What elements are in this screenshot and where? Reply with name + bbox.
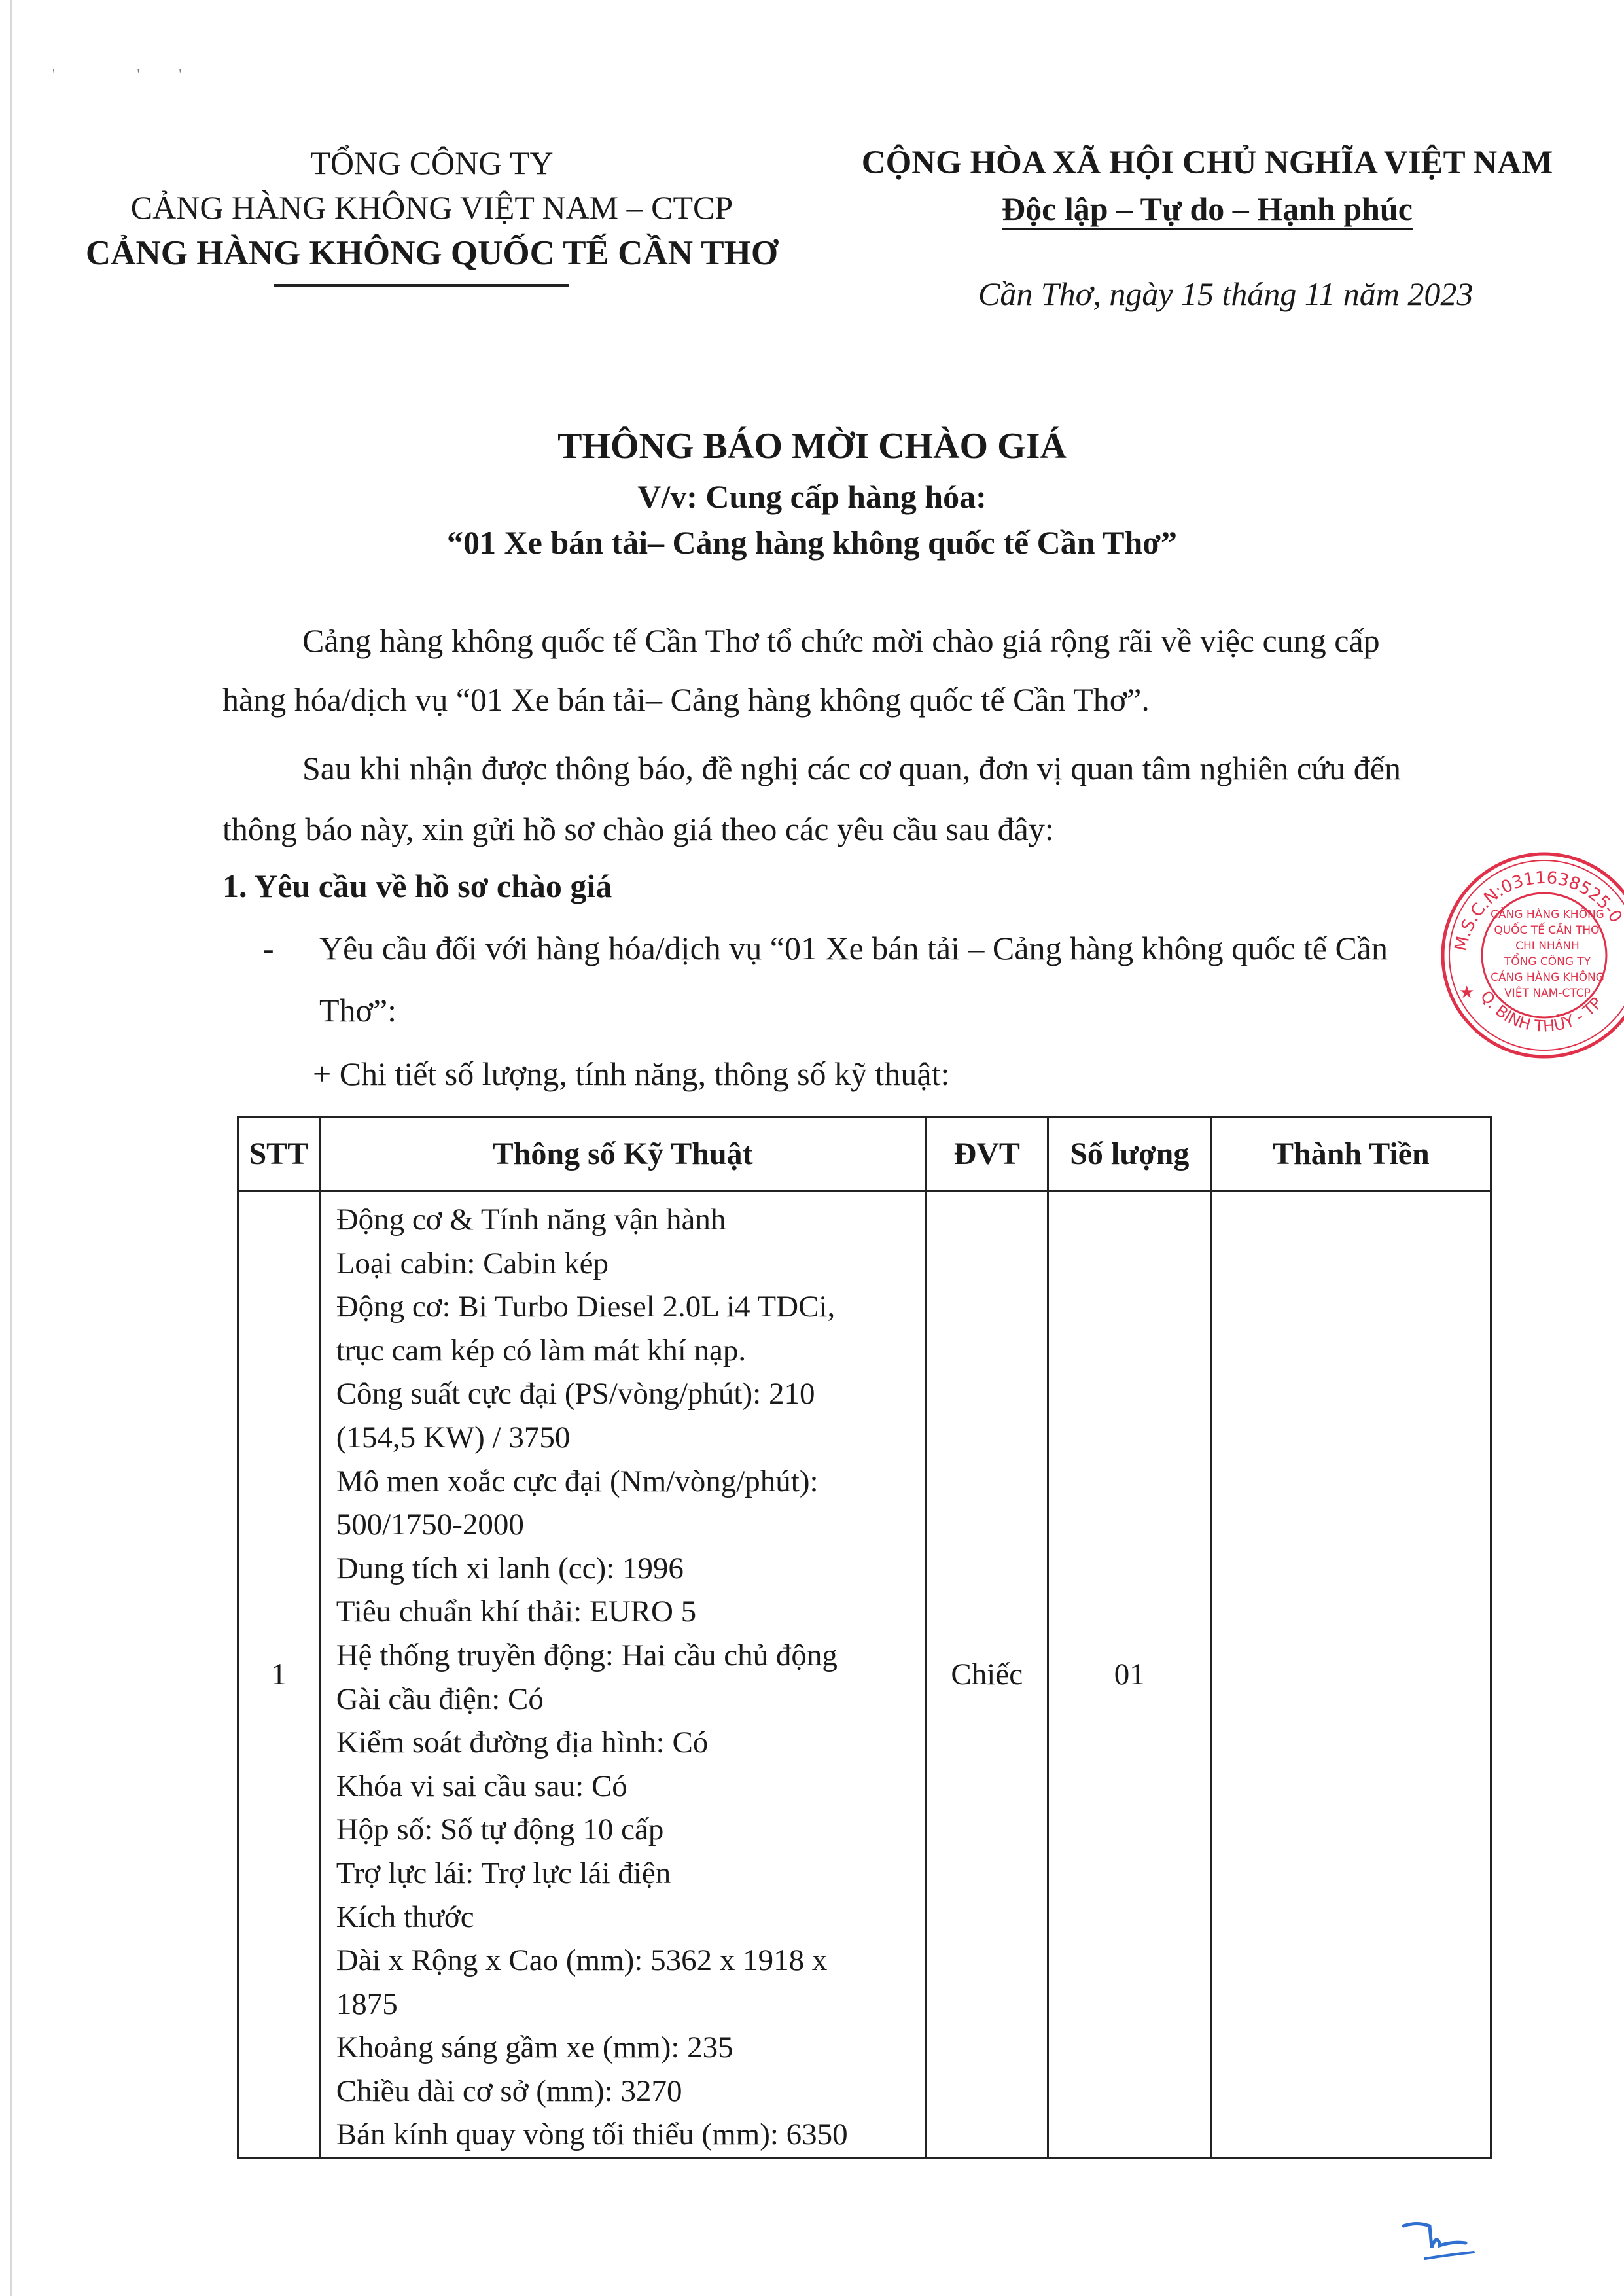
spec-line: 1875	[336, 1983, 925, 2026]
org-corporation-line: CẢNG HÀNG KHÔNG VIỆT NAM – CTCP	[85, 188, 779, 226]
spec-line: Khoảng sáng gầm xe (mm): 235	[336, 2026, 925, 2070]
spec-line: (154,5 KW) / 3750	[336, 1416, 925, 1460]
header-stt: STT	[238, 1117, 320, 1191]
section-1-heading: 1. Yêu cầu về hồ sơ chào giá	[222, 867, 612, 905]
national-motto: Độc lập – Tự do – Hạnh phúc	[805, 190, 1610, 228]
spec-line: Hệ thống truyền động: Hai cầu chủ động	[336, 1634, 925, 1678]
cell-unit: Chiếc	[926, 1191, 1048, 2158]
document-date: Cần Thơ, ngày 15 tháng 11 năm 2023	[978, 275, 1473, 313]
spec-line: Dài x Rộng x Cao (mm): 5362 x 1918 x	[336, 1939, 925, 1983]
paragraph-1-line-1: Cảng hàng không quốc tế Cần Thơ tổ chức …	[302, 622, 1380, 660]
spec-line: Dung tích xi lanh (cc): 1996	[336, 1547, 925, 1591]
svg-text:TỔNG CÔNG TY: TỔNG CÔNG TY	[1504, 953, 1591, 968]
svg-text:CẢNG HÀNG KHÔNG: CẢNG HÀNG KHÔNG	[1491, 969, 1604, 984]
red-official-seal-icon: M.S.C.N:0311638525-0 Q. BÌNH THỦY - TP ★…	[1436, 847, 1624, 1063]
svg-text:CHI NHÁNH: CHI NHÁNH	[1515, 938, 1580, 953]
bullet-dash-icon: -	[263, 929, 274, 967]
spec-line: Kích thước	[336, 1896, 925, 1939]
stamp-star-icon: ★	[1459, 983, 1474, 1002]
sub-item-specs: + Chi tiết số lượng, tính năng, thông số…	[313, 1055, 949, 1093]
header-total: Thành Tiền	[1211, 1117, 1491, 1191]
cell-quantity: 01	[1048, 1191, 1211, 2158]
paragraph-1-line-2: hàng hóa/dịch vụ “01 Xe bán tải– Cảng hà…	[222, 680, 1150, 718]
spec-line: Bán kính quay vòng tối thiểu (mm): 6350	[336, 2113, 925, 2157]
spec-line: Công suất cực đại (PS/vòng/phút): 210	[336, 1372, 925, 1416]
spec-line: Mô men xoắc cực đại (Nm/vòng/phút):	[336, 1460, 925, 1504]
org-name: CẢNG HÀNG KHÔNG QUỐC TẾ CẦN THƠ	[85, 234, 779, 273]
spec-line: 500/1750-2000	[336, 1503, 925, 1547]
spec-lines: Động cơ & Tính năng vận hànhLoại cabin: …	[336, 1198, 925, 2157]
spec-line: Động cơ: Bi Turbo Diesel 2.0L i4 TDCi,	[336, 1285, 925, 1329]
spec-line: Tiêu chuẩn khí thải: EURO 5	[336, 1590, 925, 1634]
document-title: THÔNG BÁO MỜI CHÀO GIÁ	[0, 425, 1624, 467]
table-row: 1 Động cơ & Tính năng vận hànhLoại cabin…	[238, 1191, 1491, 2158]
initials-signature-icon	[1400, 2212, 1485, 2264]
org-underline-divider	[274, 284, 569, 287]
spec-line: Kiểm soát đường địa hình: Có	[336, 1721, 925, 1765]
spec-line: Gài cầu điện: Có	[336, 1678, 925, 1722]
svg-text:VIỆT NAM-CTCP: VIỆT NAM-CTCP	[1504, 985, 1591, 1000]
paragraph-2-line-1: Sau khi nhận được thông báo, đề nghị các…	[302, 749, 1401, 787]
spec-line: Chiều dài cơ sở (mm): 3270	[336, 2070, 925, 2113]
spec-line: Trợ lực lái: Trợ lực lái điện	[336, 1852, 925, 1896]
spec-line: trục cam kép có làm mát khí nạp.	[336, 1329, 925, 1373]
spec-line: Loại cabin: Cabin kép	[336, 1242, 925, 1286]
header-spec: Thông số Kỹ Thuật	[319, 1117, 926, 1191]
document-subject: V/v: Cung cấp hàng hóa:	[0, 478, 1624, 516]
document-item: “01 Xe bán tải– Cảng hàng không quốc tế …	[0, 523, 1624, 561]
cell-total	[1211, 1191, 1491, 2158]
svg-text:QUỐC TẾ CẦN THƠ: QUỐC TẾ CẦN THƠ	[1494, 921, 1600, 937]
paragraph-2-line-2: thông báo này, xin gửi hồ sơ chào giá th…	[222, 810, 1054, 848]
scan-marks: ' ''	[52, 65, 221, 82]
bullet-1-line-1: Yêu cầu đối với hàng hóa/dịch vụ “01 Xe …	[319, 929, 1388, 967]
stamp-inner-text: CẢNG HÀNG KHÔNGQUỐC TẾ CẦN THƠCHI NHÁNHT…	[1491, 906, 1604, 1000]
national-title: CỘNG HÒA XÃ HỘI CHỦ NGHĨA VIỆT NAM	[805, 144, 1610, 182]
cell-stt: 1	[238, 1191, 320, 2158]
cell-spec: Động cơ & Tính năng vận hànhLoại cabin: …	[319, 1191, 926, 2158]
header-unit: ĐVT	[926, 1117, 1048, 1191]
scan-page-edge	[10, 0, 12, 2296]
header-quantity: Số lượng	[1048, 1117, 1211, 1191]
spec-line: Động cơ & Tính năng vận hành	[336, 1198, 925, 1242]
spec-line: Khóa vi sai cầu sau: Có	[336, 1765, 925, 1809]
org-parent-line: TỔNG CÔNG TY	[85, 144, 779, 182]
svg-text:CẢNG HÀNG KHÔNG: CẢNG HÀNG KHÔNG	[1491, 906, 1604, 921]
table-header-row: STT Thông số Kỹ Thuật ĐVT Số lượng Thành…	[238, 1117, 1491, 1191]
bullet-1-line-2: Thơ”:	[319, 991, 397, 1029]
spec-line: Hộp số: Số tự động 10 cấp	[336, 1808, 925, 1852]
spec-table: STT Thông số Kỹ Thuật ĐVT Số lượng Thành…	[237, 1116, 1492, 2159]
